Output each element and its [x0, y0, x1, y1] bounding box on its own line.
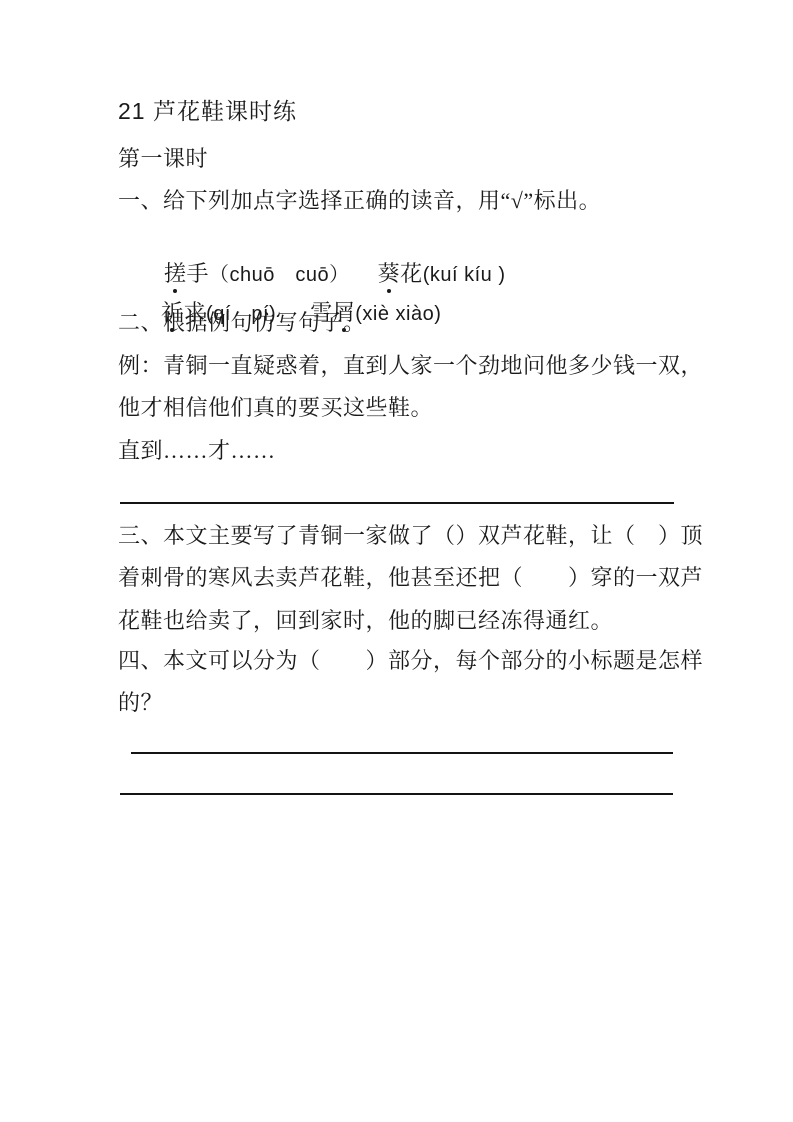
q3-text-line-3: 花鞋也给卖了，回到家时，他的脚已经冻得通红。: [118, 606, 613, 636]
q4-text-line-2: 的？: [118, 688, 163, 718]
q2-prompt: 二、根据例句仿写句子。: [118, 308, 366, 338]
q3-text-line-2: 着刺骨的寒风去卖芦花鞋，他甚至还把（ ）穿的一双芦: [118, 563, 703, 593]
session-heading: 第一课时: [118, 144, 208, 174]
worksheet-title: 21 芦花鞋课时练: [118, 96, 297, 126]
answer-blank-line-2: [120, 793, 673, 795]
pinyin-choices: (xiè xiào): [355, 303, 441, 325]
q2-example-line-1: 例：青铜一直疑惑着，直到人家一个劲地问他多少钱一双，: [118, 351, 703, 381]
answer-blank-line-1: [131, 752, 673, 754]
q2-pattern-text: 直到……才……: [118, 436, 276, 466]
section-divider-line: [120, 502, 674, 504]
q4-text-line-1: 四、本文可以分为（ ）部分，每个部分的小标题是怎样: [118, 646, 703, 676]
q2-example-line-2: 他才相信他们真的要买这些鞋。: [118, 393, 433, 423]
q3-text-line-1: 三、本文主要写了青铜一家做了（）双芦花鞋，让（ ）顶: [118, 521, 703, 551]
q1-prompt: 一、给下列加点字选择正确的读音，用“√”标出。: [118, 186, 601, 216]
worksheet-page: 21 芦花鞋课时练 第一课时 一、给下列加点字选择正确的读音，用“√”标出。 搓…: [0, 0, 793, 1122]
